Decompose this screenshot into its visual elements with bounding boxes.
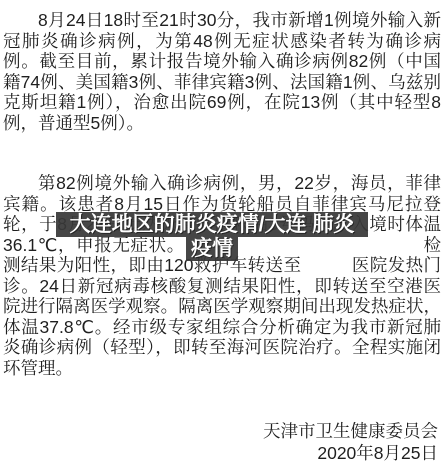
paragraph-daily-summary: 8月24日18时至21时30分，我市新增1例境外输入新冠肺炎确诊病例，为第48例… [3, 10, 441, 133]
signature-organization: 天津市卫生健康委员会 [3, 420, 438, 442]
case-text-part1: 第82例境外输入确诊病例，男，22岁，海员，菲律宾籍。该患者8月15日作为货轮船… [3, 173, 441, 255]
paragraph-case-detail: 第82例境外输入确诊病例，男，22岁，海员，菲律宾籍。该患者8月15日作为货轮船… [3, 173, 441, 378]
announcement-document: 8月24日18时至21时30分，我市新增1例境外输入新冠肺炎确诊病例，为第48例… [0, 0, 445, 476]
signature-date: 2020年8月25日 [3, 442, 438, 464]
obscured-text-region-1 [185, 249, 423, 251]
document-body: 8月24日18时至21时30分，我市新增1例境外输入新冠肺炎确诊病例，为第48例… [0, 0, 445, 464]
signature-block: 天津市卫生健康委员会 2020年8月25日 [3, 420, 441, 464]
obscured-text-region-2 [301, 269, 351, 271]
